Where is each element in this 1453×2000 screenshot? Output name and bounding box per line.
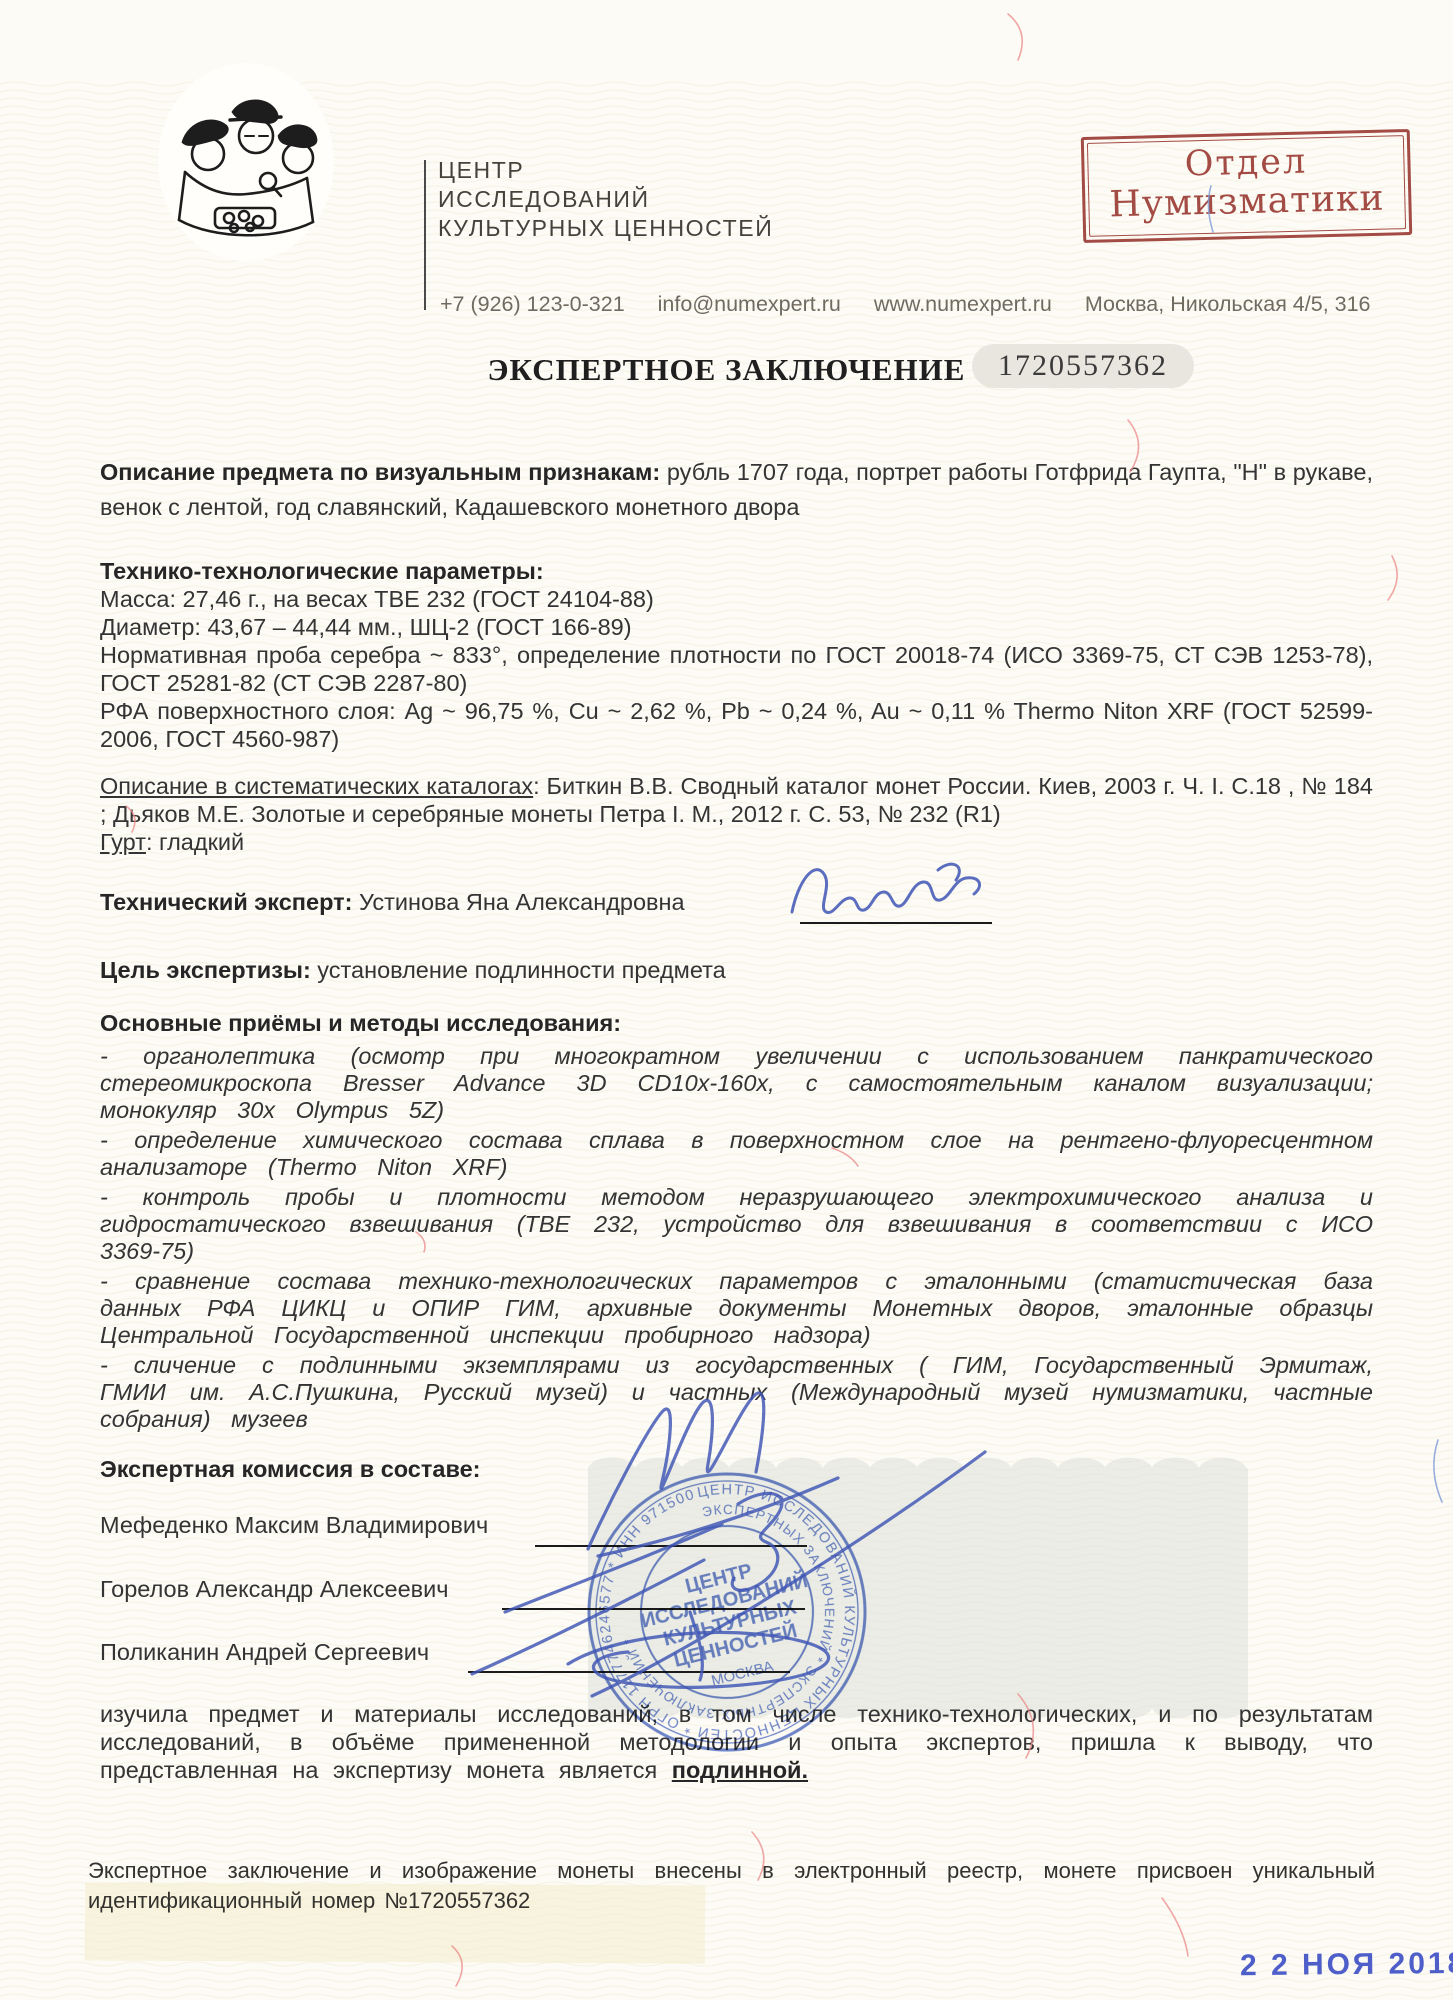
seal-city: МОСКВА (710, 1658, 775, 1690)
phone: +7 (926) 123-0-321 (440, 292, 625, 316)
red-stamp-line2: Нумизматики (1109, 179, 1385, 226)
tech-expert-line: Технический эксперт: Устинова Яна Алекса… (100, 888, 1373, 916)
header-divider (424, 160, 426, 310)
method-item: - определение химического состава сплава… (100, 1127, 1373, 1181)
logo-illustration (155, 60, 337, 268)
method-item: - сравнение состава технико-технологичес… (100, 1268, 1373, 1349)
purpose-line: Цель экспертизы: установление подлинност… (100, 956, 1373, 984)
methods-heading: Основные приёмы и методы исследования: (100, 1010, 1373, 1037)
xrf-line: РФА поверхностного слоя: Ag ~ 96,75 %, C… (100, 697, 1373, 753)
edge-text: : гладкий (146, 829, 244, 855)
org-name: ЦЕНТР ИССЛЕДОВАНИЙ КУЛЬТУРНЫХ ЦЕННОСТЕЙ (438, 156, 773, 243)
tech-expert-name: Устинова Яна Александровна (359, 889, 685, 915)
red-department-stamp: Отдел Нумизматики (1081, 129, 1413, 243)
catalogs-block: Описание в систематических каталогах: Би… (100, 772, 1373, 856)
methods-block: Основные приёмы и методы исследования: -… (100, 1010, 1373, 1433)
catalogs-paragraph: Описание в систематических каталогах: Би… (100, 772, 1373, 828)
document-page: ЦЕНТР ИССЛЕДОВАНИЙ КУЛЬТУРНЫХ ЦЕННОСТЕЙ … (0, 0, 1453, 2000)
tech-params-block: Технико-технологические параметры: Масса… (100, 557, 1373, 753)
method-item: - контроль пробы и плотности методом нер… (100, 1184, 1373, 1265)
commission-member: Горелов Александр Алексеевич (100, 1576, 449, 1603)
edge-line: Гурт: гладкий (100, 828, 1373, 856)
date-stamp: 2 2 НОЯ 2018 (1240, 1947, 1453, 1983)
mass-line: Масса: 27,46 г., на весах ТВЕ 232 (ГОСТ … (100, 585, 1373, 613)
org-name-line: КУЛЬТУРНЫХ ЦЕННОСТЕЙ (438, 214, 773, 243)
description-label: Описание предмета по визуальным признака… (100, 459, 660, 485)
tech-expert-label: Технический эксперт: (100, 889, 352, 915)
org-name-line: ИССЛЕДОВАНИЙ (438, 185, 773, 214)
contact-row: +7 (926) 123-0-321 info@numexpert.ru www… (440, 292, 1398, 317)
assay-line: Нормативная проба серебра ~ 833°, опреде… (100, 641, 1373, 697)
org-name-line: ЦЕНТР (438, 156, 773, 185)
method-item: - сличение с подлинными экземплярами из … (100, 1352, 1373, 1433)
description-paragraph: Описание предмета по визуальным признака… (100, 455, 1373, 525)
commission-member: Мефеденко Максим Владимирович (100, 1512, 488, 1539)
commission-member: Поликанин Андрей Сергеевич (100, 1639, 429, 1666)
catalogs-label: Описание в систематических каталогах (100, 773, 533, 799)
address: Москва, Никольская 4/5, 316 (1085, 292, 1371, 316)
tech-params-heading: Технико-технологические параметры: (100, 557, 1373, 585)
edge-label: Гурт (100, 829, 146, 855)
method-item: - органолептика (осмотр при многократном… (100, 1043, 1373, 1124)
document-number: 1720557362 (972, 344, 1194, 388)
website: www.numexpert.ru (874, 292, 1052, 316)
email: info@numexpert.ru (658, 292, 841, 316)
registry-note: Экспертное заключение и изображение моне… (88, 1856, 1375, 1916)
signature-line (800, 889, 992, 924)
document-title: ЭКСПЕРТНОЕ ЗАКЛЮЧЕНИЕ (0, 352, 1453, 388)
purpose-text: установление подлинности предмета (317, 957, 725, 983)
purpose-label: Цель экспертизы: (100, 957, 311, 983)
diameter-line: Диаметр: 43,67 – 44,44 мм., ШЦ-2 (ГОСТ 1… (100, 613, 1373, 641)
